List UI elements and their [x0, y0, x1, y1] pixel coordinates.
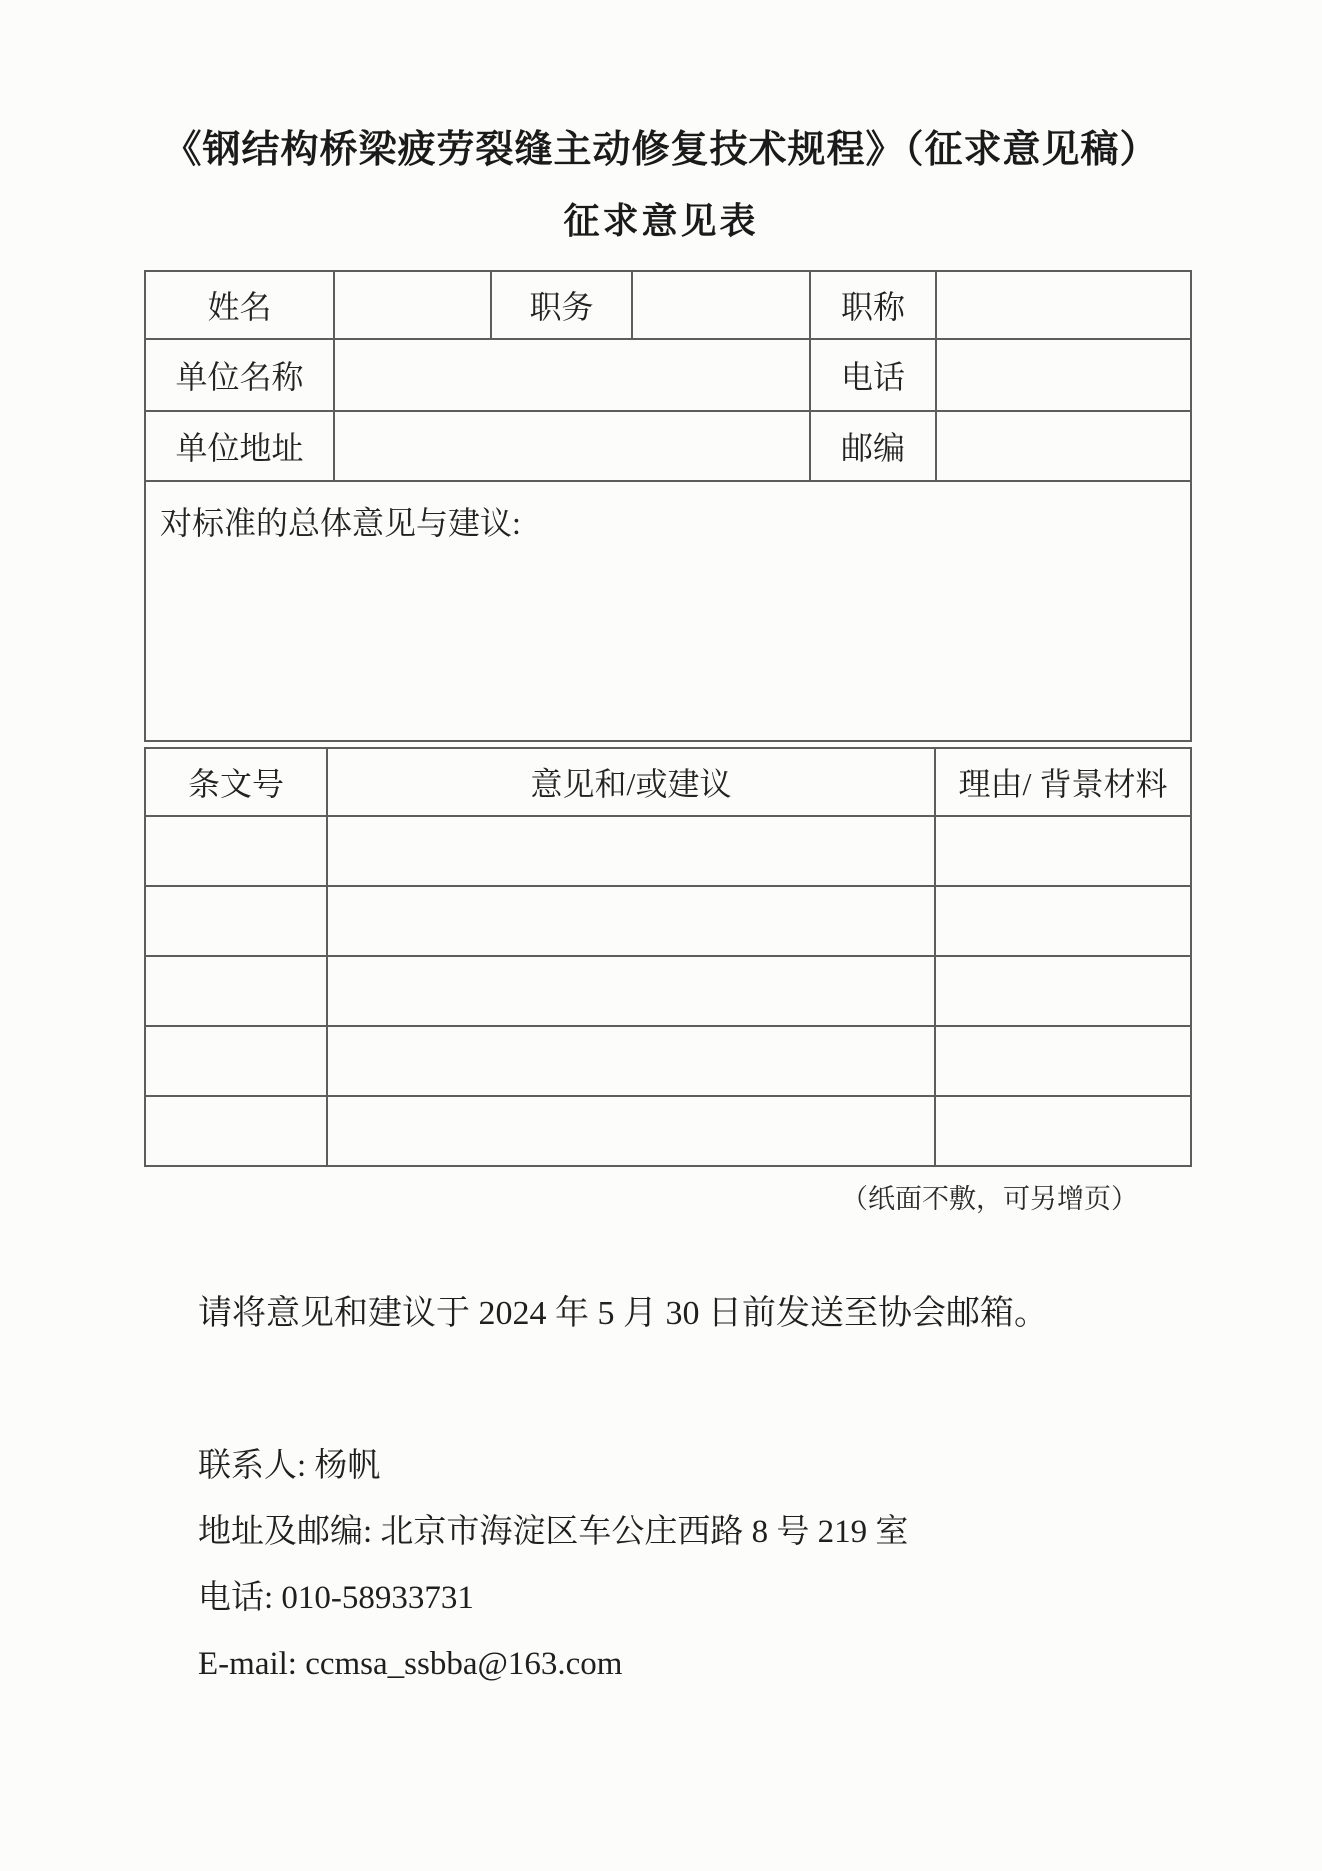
title-label: 职称 — [810, 271, 936, 339]
comment-cell — [327, 886, 935, 956]
contact-email: E-mail: ccmsa_ssbba@163.com — [198, 1644, 1322, 1684]
clause-cell — [145, 1026, 327, 1096]
info-row-overall-comments: 对标准的总体意见与建议: — [145, 481, 1191, 741]
deadline-text: 请将意见和建议于 2024 年 5 月 30 日前发送至协会邮箱。 — [198, 1294, 1322, 1334]
comments-row — [145, 816, 1191, 886]
address-label: 单位地址 — [145, 411, 334, 481]
phone-value-cell — [936, 339, 1191, 411]
comment-cell — [327, 1096, 935, 1166]
reason-cell — [935, 1096, 1191, 1166]
comment-cell — [327, 956, 935, 1026]
reason-cell — [935, 816, 1191, 886]
document-title: 《钢结构桥梁疲劳裂缝主动修复技术规程》（征求意见稿） — [0, 0, 1322, 173]
comment-suggestion-header: 意见和/或建议 — [327, 748, 935, 816]
name-value-cell — [334, 271, 491, 339]
comments-table: 条文号 意见和/或建议 理由/ 背景材料 — [144, 747, 1192, 1167]
comments-header-row: 条文号 意见和/或建议 理由/ 背景材料 — [145, 748, 1191, 816]
address-value-cell — [334, 411, 810, 481]
info-row-name: 姓名 职务 职称 — [145, 271, 1191, 339]
paper-overflow-footnote: （纸面不敷，可另增页） — [0, 1177, 1190, 1216]
info-table: 姓名 职务 职称 单位名称 电话 单位地址 邮编 对标准的总体意见与建议: — [144, 270, 1192, 742]
contact-person: 联系人: 杨帆 — [198, 1446, 1322, 1486]
clause-number-header: 条文号 — [145, 748, 327, 816]
postcode-value-cell — [936, 411, 1191, 481]
reason-cell — [935, 886, 1191, 956]
title-value-cell — [936, 271, 1191, 339]
name-label: 姓名 — [145, 271, 334, 339]
postcode-label: 邮编 — [810, 411, 936, 481]
comments-row — [145, 1096, 1191, 1166]
info-row-org: 单位名称 电话 — [145, 339, 1191, 411]
comments-row — [145, 956, 1191, 1026]
contact-block: 联系人: 杨帆 地址及邮编: 北京市海淀区车公庄西路 8 号 219 室 电话:… — [198, 1446, 1322, 1684]
comments-row — [145, 886, 1191, 956]
org-name-value-cell — [334, 339, 810, 411]
reason-cell — [935, 956, 1191, 1026]
comment-cell — [327, 816, 935, 886]
scanned-document-page: 《钢结构桥梁疲劳裂缝主动修复技术规程》（征求意见稿） 征求意见表 姓名 职务 职… — [0, 0, 1322, 1871]
org-name-label: 单位名称 — [145, 339, 334, 411]
clause-cell — [145, 816, 327, 886]
clause-cell — [145, 1096, 327, 1166]
clause-cell — [145, 886, 327, 956]
position-label: 职务 — [491, 271, 632, 339]
form-title: 征求意见表 — [0, 193, 1322, 244]
info-row-address: 单位地址 邮编 — [145, 411, 1191, 481]
position-value-cell — [632, 271, 810, 339]
clause-cell — [145, 956, 327, 1026]
comment-cell — [327, 1026, 935, 1096]
comments-row — [145, 1026, 1191, 1096]
contact-phone: 电话: 010-58933731 — [198, 1578, 1322, 1618]
reason-cell — [935, 1026, 1191, 1096]
reason-background-header: 理由/ 背景材料 — [935, 748, 1191, 816]
overall-comments-cell: 对标准的总体意见与建议: — [145, 481, 1191, 741]
phone-label: 电话 — [810, 339, 936, 411]
contact-address: 地址及邮编: 北京市海淀区车公庄西路 8 号 219 室 — [198, 1512, 1322, 1552]
